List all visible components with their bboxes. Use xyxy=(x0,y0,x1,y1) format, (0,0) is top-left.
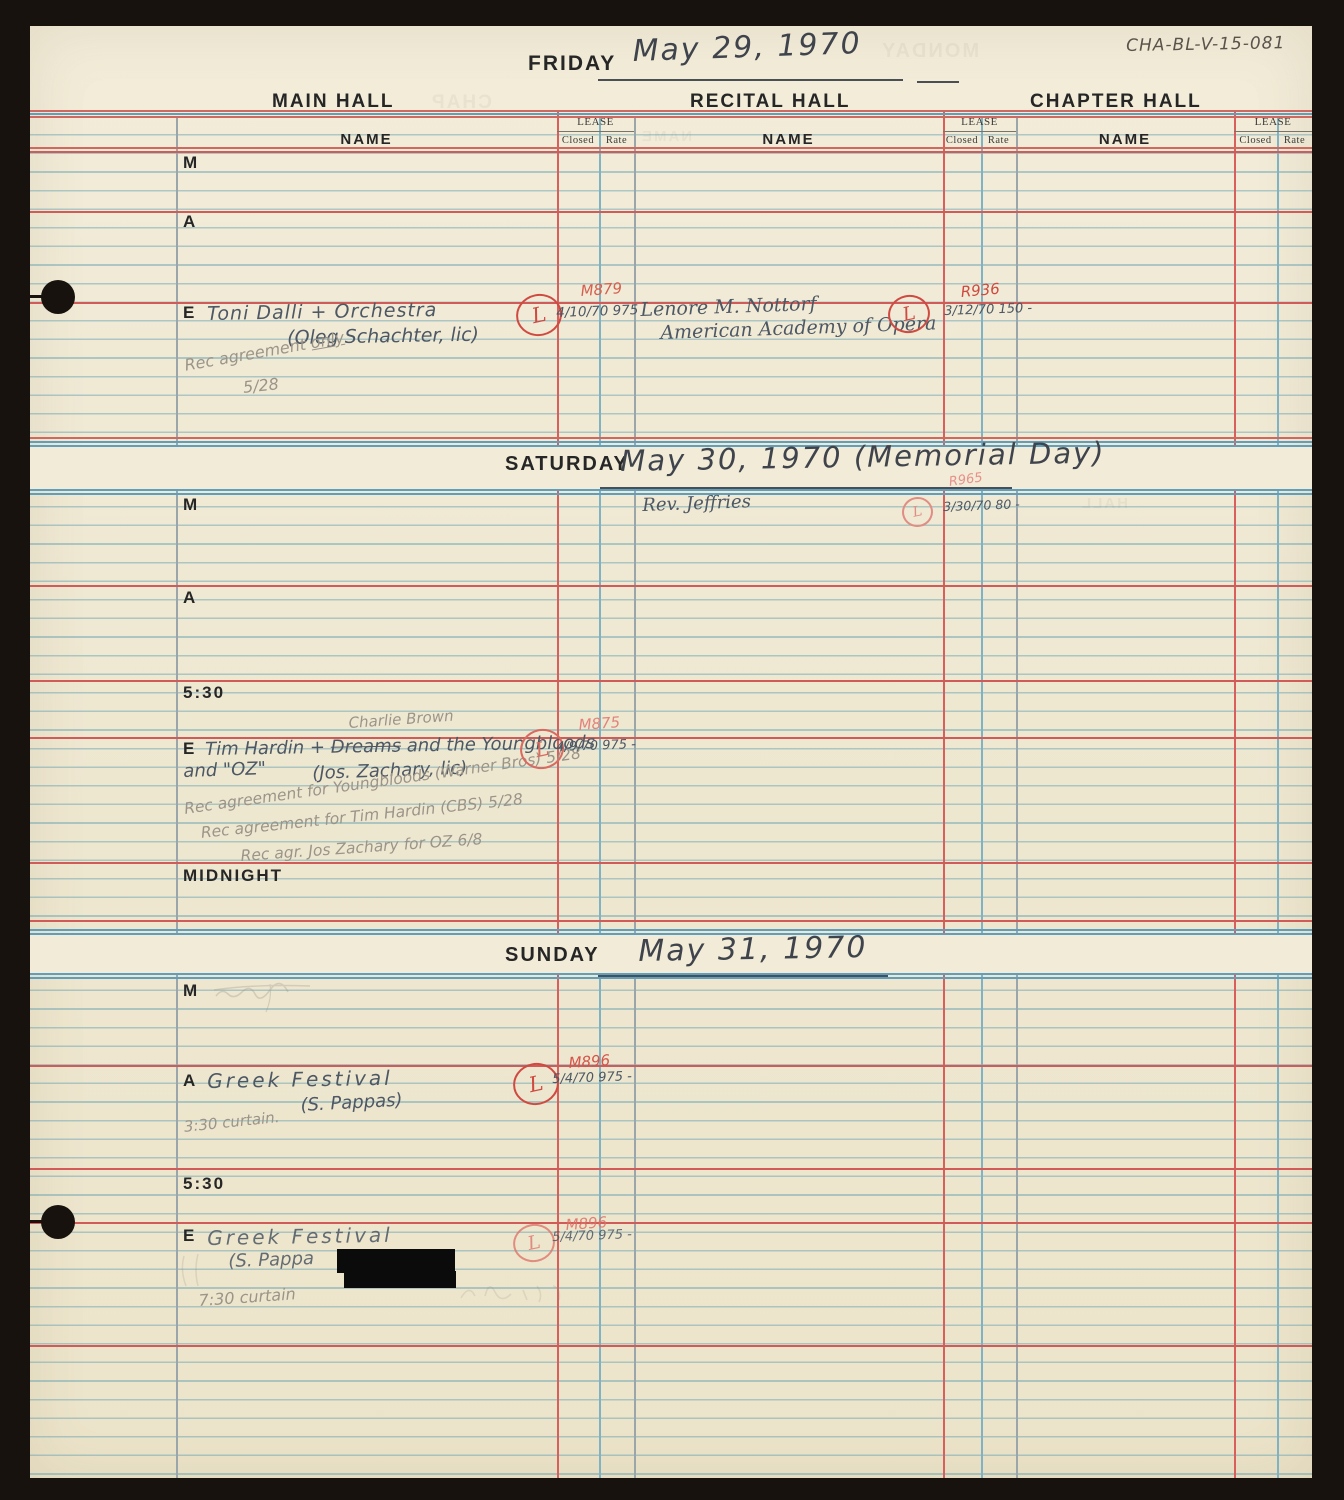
name-header-recital: NAME xyxy=(634,131,943,148)
lease-entry-saturday-recital: 3/30/70 80 - xyxy=(943,496,1020,514)
rule xyxy=(30,680,1312,682)
lease-entry-friday-main: 4/10/70 975 xyxy=(556,302,639,321)
rule xyxy=(30,1222,1312,1224)
lease-entry-sunday-main-e: 5/4/70 975 - xyxy=(552,1227,632,1245)
slot-label-friday-m: M xyxy=(183,153,199,173)
rule xyxy=(30,1168,1312,1170)
lease-code-m875: M875 xyxy=(578,713,621,734)
rule xyxy=(30,116,1312,118)
column-line-main-end xyxy=(634,117,636,1478)
lease-entry-sunday-main-a: 5/4/70 975 - xyxy=(552,1069,632,1087)
lease-closed-recital: Closed xyxy=(943,135,981,146)
redaction-box xyxy=(337,1249,455,1273)
lease-header-main: LEASE xyxy=(557,116,634,128)
date-underline xyxy=(917,81,959,83)
lease-header-recital: LEASE xyxy=(943,116,1016,128)
hall-header-main: MAIN HALL xyxy=(272,91,394,113)
slot-label-saturday-530: 5:30 xyxy=(183,683,225,703)
lease-entry-saturday-main: 4/9/70 975 - xyxy=(556,737,636,755)
punch-hole xyxy=(41,280,75,314)
lease-closed-main: Closed xyxy=(557,135,599,146)
handwritten-date-sunday: May 31, 1970 xyxy=(638,930,868,969)
bleedthrough-text: HALL xyxy=(1080,495,1128,512)
date-underline xyxy=(598,79,903,81)
lease-code-m879: M879 xyxy=(580,279,623,300)
rule xyxy=(30,151,1312,153)
rule xyxy=(30,585,1312,587)
rule xyxy=(30,862,1312,864)
entry-sunday-main-e-name: Greek Festival xyxy=(207,1223,393,1250)
day-label-saturday: SATURDAY xyxy=(505,453,629,476)
rule xyxy=(30,437,1312,439)
day-label-friday: FRIDAY xyxy=(528,52,616,76)
rule xyxy=(30,1345,1312,1347)
rule xyxy=(30,211,1312,213)
entry-friday-main-e-name: Toni Dalli + Orchestra xyxy=(207,299,437,325)
column-line-chapter-rate xyxy=(1277,117,1279,1478)
day-label-sunday: SUNDAY xyxy=(505,944,600,967)
lease-divider xyxy=(557,131,634,132)
lease-rate-main: Rate xyxy=(599,135,634,146)
hall-header-chapter: CHAPTER HALL xyxy=(1030,91,1202,113)
name-header-main: NAME xyxy=(176,131,557,148)
rule xyxy=(30,489,1312,491)
name-header-chapter: NAME xyxy=(1016,131,1234,148)
date-underline xyxy=(598,975,888,977)
slot-label-friday-a: A xyxy=(183,212,197,232)
pencil-scribble-crossed-out xyxy=(212,978,322,1012)
lease-rate-chapter: Rate xyxy=(1277,135,1312,146)
slot-label-saturday-e: E xyxy=(183,739,196,759)
lease-divider xyxy=(943,131,1016,132)
lease-closed-chapter: Closed xyxy=(1234,135,1277,146)
entry-saturday-recital-m-name: Rev. Jeffries xyxy=(642,491,751,516)
scanned-ledger-page: MONDAY NAME CHAP HALL CHA-BL-V-15-081 FR… xyxy=(0,0,1344,1500)
redaction-box xyxy=(344,1271,456,1288)
slot-label-sunday-m: M xyxy=(183,981,199,1001)
bleedthrough-text: MONDAY xyxy=(880,40,979,63)
slot-label-friday-e: E xyxy=(183,303,196,323)
rule xyxy=(30,1065,1312,1067)
column-line-recital-end xyxy=(1016,117,1018,1478)
erased-pencil-note xyxy=(455,1272,585,1308)
lease-header-chapter: LEASE xyxy=(1234,116,1312,128)
slot-label-saturday-m: M xyxy=(183,495,199,515)
slot-label-saturday-midnight: MIDNIGHT xyxy=(183,866,283,886)
entry-saturday-main-e-name2: and "OZ" xyxy=(183,758,266,782)
slot-label-sunday-e: E xyxy=(183,1226,196,1246)
rule xyxy=(30,929,1312,931)
name-part: Tim Hardin + xyxy=(205,737,331,760)
slot-label-saturday-a: A xyxy=(183,588,197,608)
faint-pencil-marks xyxy=(176,1250,212,1294)
column-line-chapter-lease xyxy=(1234,112,1236,1478)
entry-sunday-main-a-name: Greek Festival xyxy=(207,1066,393,1093)
entry-friday-main-e-pencil-date: 5/28 xyxy=(242,374,280,397)
slot-label-sunday-a: A xyxy=(183,1071,197,1091)
column-line-main-rate xyxy=(599,117,601,1478)
lease-entry-friday-recital: 3/12/70 150 - xyxy=(944,301,1032,319)
hall-header-recital: RECITAL HALL xyxy=(690,91,851,113)
bleedthrough-text: CHAP xyxy=(430,92,492,114)
punch-hole xyxy=(41,1205,75,1239)
entry-sunday-main-e-manager: (S. Pappa xyxy=(228,1248,314,1272)
column-line-recital-rate xyxy=(981,117,983,1478)
archive-reference: CHA-BL-V-15-081 xyxy=(1126,33,1286,56)
lease-divider xyxy=(1234,131,1312,132)
slot-label-sunday-530: 5:30 xyxy=(183,1174,225,1194)
lease-code-m896: M896 xyxy=(568,1051,611,1072)
lease-code-r936: R936 xyxy=(960,280,1000,301)
rule xyxy=(30,920,1312,922)
lease-rate-recital: Rate xyxy=(981,135,1016,146)
struck-name: Dreams xyxy=(331,736,402,758)
